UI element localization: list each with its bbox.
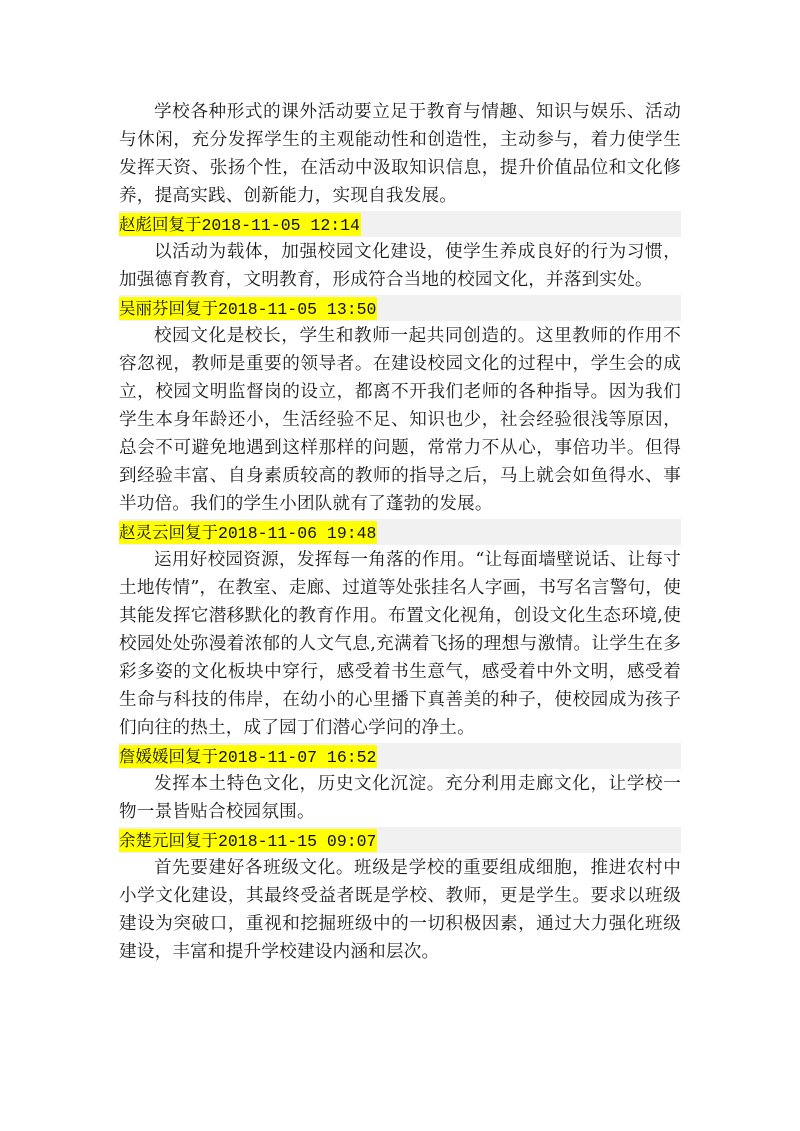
intro-paragraph: 学校各种形式的课外活动要立足于教育与情趣、知识与娱乐、活动与休闲，充分发挥学生的… xyxy=(119,98,681,210)
reply-header: 吴丽芬回复于2018-11-05 13:50 xyxy=(119,295,681,321)
reply-body: 发挥本土特色文化，历史文化沉淀。充分利用走廊文化，让学校一物一景皆贴合校园氛围。 xyxy=(119,770,681,826)
reply-author: 赵灵云 xyxy=(119,523,169,542)
reply-timestamp: 2018-11-05 12:14 xyxy=(202,216,360,235)
reply-timestamp: 2018-11-06 19:48 xyxy=(218,524,376,543)
reply-author: 詹媛媛 xyxy=(119,747,169,766)
reply-timestamp: 2018-11-05 13:50 xyxy=(218,300,376,319)
reply-header: 詹媛媛回复于2018-11-07 16:52 xyxy=(119,743,681,769)
reply-tag-highlight: 吴丽芬回复于2018-11-05 13:50 xyxy=(119,297,377,320)
reply-tag-highlight: 赵灵云回复于2018-11-06 19:48 xyxy=(119,521,377,544)
reply-body: 首先要建好各班级文化。班级是学校的重要组成细胞，推进农村中小学文化建设，其最终受… xyxy=(119,854,681,966)
reply-tag-highlight: 赵彪回复于2018-11-05 12:14 xyxy=(119,213,361,236)
reply-tag-highlight: 余楚元回复于2018-11-15 09:07 xyxy=(119,829,377,852)
document-page: 学校各种形式的课外活动要立足于教育与情趣、知识与娱乐、活动与休闲，充分发挥学生的… xyxy=(119,98,681,966)
reply-author: 余楚元 xyxy=(119,831,169,850)
reply-verb: 回复于 xyxy=(169,299,219,318)
reply-header: 赵灵云回复于2018-11-06 19:48 xyxy=(119,519,681,545)
reply-verb: 回复于 xyxy=(169,831,219,850)
reply-header: 余楚元回复于2018-11-15 09:07 xyxy=(119,827,681,853)
reply-header: 赵彪回复于2018-11-05 12:14 xyxy=(119,211,681,237)
reply-author: 吴丽芬 xyxy=(119,299,169,318)
reply-body: 校园文化是校长，学生和教师一起共同创造的。这里教师的作用不容忽视，教师是重要的领… xyxy=(119,322,681,518)
reply-body: 运用好校园资源，发挥每一角落的作用。“让每面墙壁说话、让每寸土地传情”，在教室、… xyxy=(119,546,681,742)
reply-verb: 回复于 xyxy=(169,747,219,766)
reply-body: 以活动为载体，加强校园文化建设，使学生养成良好的行为习惯，加强德育教育，文明教育… xyxy=(119,238,681,294)
reply-timestamp: 2018-11-07 16:52 xyxy=(218,748,376,767)
reply-verb: 回复于 xyxy=(169,523,219,542)
reply-author: 赵彪 xyxy=(119,215,152,234)
reply-timestamp: 2018-11-15 09:07 xyxy=(218,832,376,851)
reply-tag-highlight: 詹媛媛回复于2018-11-07 16:52 xyxy=(119,745,377,768)
reply-verb: 回复于 xyxy=(152,215,202,234)
